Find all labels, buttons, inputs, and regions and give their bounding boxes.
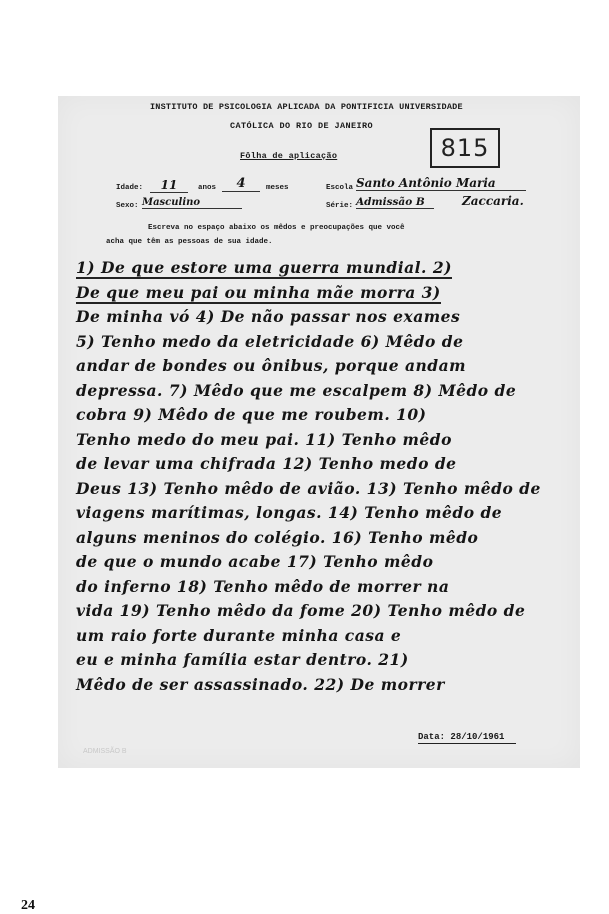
essay-line: depressa. 7) Mêdo que me escalpem 8) Mêd… — [76, 379, 546, 404]
essay-line: 1) De que estore uma guerra mundial. 2) — [76, 256, 546, 281]
meses-value: 4 — [222, 176, 260, 192]
extra-value: Zaccaria. — [462, 194, 524, 208]
escola-label: Escola — [326, 184, 353, 192]
essay-line: de levar uma chifrada 12) Tenho medo de — [76, 452, 546, 477]
essay-line: Deus 13) Tenho mêdo de avião. 13) Tenho … — [76, 477, 546, 502]
escola-value: Santo Antônio Maria — [356, 176, 526, 191]
idade-value: 11 — [150, 178, 188, 193]
essay-line: De que meu pai ou minha mãe morra 3) — [76, 281, 546, 306]
form-number-box: 815 — [430, 128, 500, 168]
essay-line: 5) Tenho medo da eletricidade 6) Mêdo de — [76, 330, 546, 355]
form-number: 815 — [441, 134, 490, 162]
essay-line: cobra 9) Mêdo de que me roubem. 10) — [76, 403, 546, 428]
handwritten-answers: 1) De que estore uma guerra mundial. 2) … — [76, 256, 546, 697]
meses-label: meses — [266, 184, 289, 192]
sexo-label: Sexo: — [116, 202, 139, 210]
essay-line: um raio forte durante minha casa e — [76, 624, 546, 649]
essay-line: de que o mundo acabe 17) Tenho mêdo — [76, 550, 546, 575]
essay-line: vida 19) Tenho mêdo da fome 20) Tenho mê… — [76, 599, 546, 624]
essay-line: alguns meninos do colégio. 16) Tenho mêd… — [76, 526, 546, 551]
scanned-form: INSTITUTO DE PSICOLOGIA APLICADA DA PONT… — [58, 96, 580, 768]
essay-line: Mêdo de ser assassinado. 22) De morrer — [76, 673, 546, 698]
essay-line: eu e minha família estar dentro. 21) — [76, 648, 546, 673]
header-university: CATÓLICA DO RIO DE JANEIRO — [230, 121, 373, 131]
date-field: Data: 28/10/1961 — [418, 732, 516, 744]
serie-label: Série: — [326, 202, 353, 210]
header-institute: INSTITUTO DE PSICOLOGIA APLICADA DA PONT… — [150, 102, 463, 112]
serie-value: Admissão B — [356, 196, 434, 209]
form-title: Fôlha de aplicação — [240, 151, 337, 161]
essay-line: viagens marítimas, longas. 14) Tenho mêd… — [76, 501, 546, 526]
faded-stamp: ADMISSÃO B — [83, 748, 127, 755]
instructions-line-2: acha que têm as pessoas de sua idade. — [106, 238, 273, 246]
essay-line: do inferno 18) Tenho mêdo de morrer na — [76, 575, 546, 600]
anos-label: anos — [198, 184, 216, 192]
date-value: 28/10/1961 — [450, 732, 504, 742]
essay-line: De minha vó 4) De não passar nos exames — [76, 305, 546, 330]
idade-label: Idade: — [116, 184, 143, 192]
essay-line: andar de bondes ou ônibus, porque andam — [76, 354, 546, 379]
date-label: Data: — [418, 732, 445, 742]
instructions-line-1: Escreva no espaço abaixo os mêdos e preo… — [148, 224, 405, 232]
sexo-value: Masculino — [142, 197, 242, 209]
page-number: 24 — [21, 898, 35, 914]
essay-line: Tenho medo do meu pai. 11) Tenho mêdo — [76, 428, 546, 453]
